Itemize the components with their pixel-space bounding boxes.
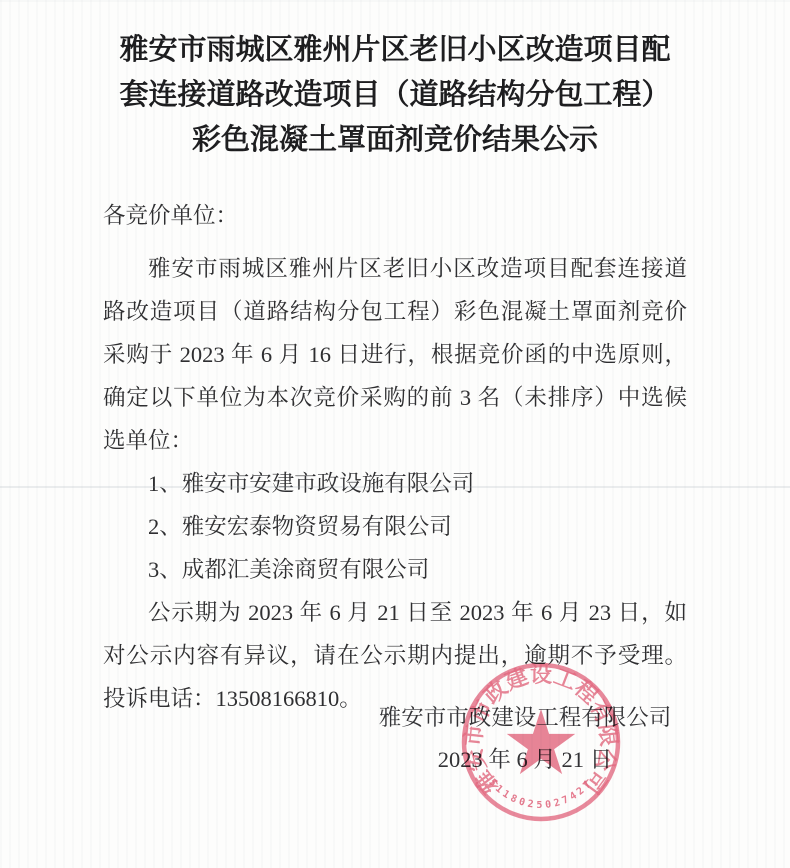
title-line-3: 彩色混凝土罩面剂竞价结果公示 <box>0 118 790 163</box>
document-body: 各竞价单位： 雅安市雨城区雅州片区老旧小区改造项目配套连接道路改造项目（道路结构… <box>103 194 687 720</box>
winner-item-1: 1、雅安市安建市政设施有限公司 <box>103 462 687 505</box>
signature-block: 雅安市市政建设工程有限公司 2023 年 6 月 21 日 <box>370 697 680 781</box>
seal-serial-number: 5118025027427 <box>486 777 595 811</box>
title-line-2: 套连接道路改造项目（道路结构分包工程） <box>0 73 790 118</box>
intro-paragraph: 雅安市雨城区雅州片区老旧小区改造项目配套连接道路改造项目（道路结构分包工程）彩色… <box>103 247 687 462</box>
winner-item-2: 2、雅安宏泰物资贸易有限公司 <box>103 505 687 548</box>
title-line-1: 雅安市雨城区雅州片区老旧小区改造项目配 <box>0 28 790 73</box>
scanned-notice-page: 雅安市雨城区雅州片区老旧小区改造项目配 套连接道路改造项目（道路结构分包工程） … <box>0 0 790 868</box>
winner-item-3: 3、成都汇美涂商贸有限公司 <box>103 548 687 591</box>
signature-company: 雅安市市政建设工程有限公司 <box>370 697 680 739</box>
document-title: 雅安市雨城区雅州片区老旧小区改造项目配 套连接道路改造项目（道路结构分包工程） … <box>0 0 790 163</box>
signature-date: 2023 年 6 月 21 日 <box>370 739 680 781</box>
svg-text:5118025027427: 5118025027427 <box>486 777 595 811</box>
salutation: 各竞价单位： <box>103 194 687 237</box>
